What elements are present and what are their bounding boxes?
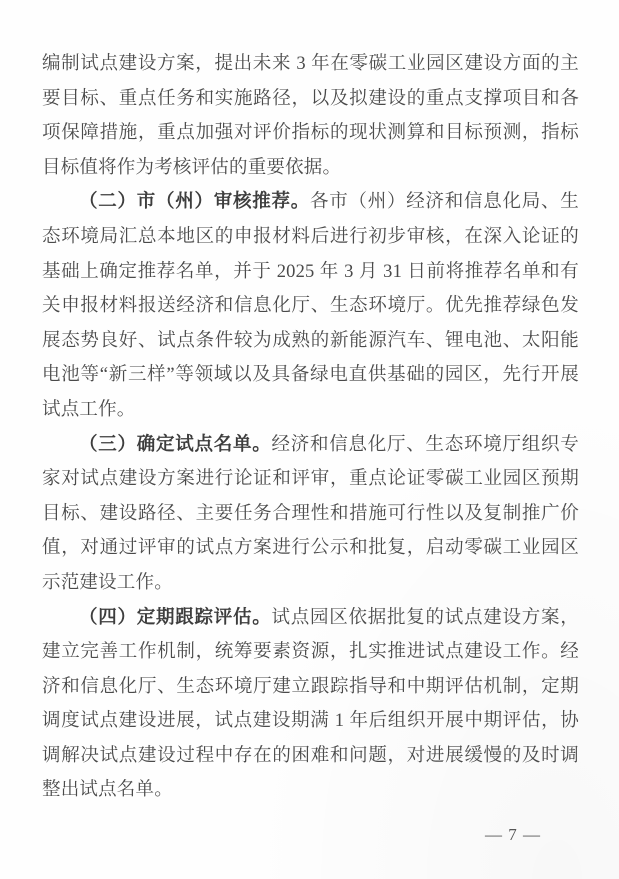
text-line: 试点工作。 (42, 393, 579, 428)
body-text: 整出试点名单。 (42, 780, 173, 800)
body-text: 家对试点建设方案进行论证和评审，重点论证零碳工业园区预期 (42, 469, 579, 489)
text-line: 值，对通过评审的试点方案进行公示和批复，启动零碳工业园区 (42, 531, 579, 566)
text-line: 目标值将作为考核评估的重要依据。 (42, 151, 579, 186)
body-text: 电池等“新三样”等领域以及具备绿电直供基础的园区，先行开展 (42, 365, 579, 385)
body-text: 建立完善工作机制，统筹要素资源，扎实推进试点建设工作。经 (42, 642, 579, 662)
document-body: 编制试点建设方案，提出未来 3 年在零碳工业园区建设方面的主要目标、重点任务和实… (42, 47, 579, 808)
text-line: 建立完善工作机制，统筹要素资源，扎实推进试点建设工作。经 (42, 635, 579, 670)
body-text: 编制试点建设方案，提出未来 3 年在零碳工业园区建设方面的主 (42, 54, 579, 74)
text-line: 电池等“新三样”等领域以及具备绿电直供基础的园区，先行开展 (42, 358, 579, 393)
text-line: （二）市（州）审核推荐。各市（州）经济和信息化局、生 (42, 185, 579, 220)
text-line: 整出试点名单。 (42, 773, 579, 808)
text-line: 展态势良好、试点条件较为成熟的新能源汽车、锂电池、太阳能 (42, 324, 579, 359)
body-text: 试点工作。 (42, 400, 136, 420)
body-text: 目标、建设路径、主要任务合理性和措施可行性以及复制推广价 (42, 504, 579, 524)
body-text: 关申报材料报送经济和信息化厅、生态环境厅。优先推荐绿色发 (42, 296, 579, 316)
body-text: 展态势良好、试点条件较为成熟的新能源汽车、锂电池、太阳能 (42, 331, 579, 351)
body-text: 目标值将作为考核评估的重要依据。 (42, 158, 341, 178)
text-line: 调度试点建设进展，试点建设期满 1 年后组织开展中期评估，协 (42, 704, 579, 739)
text-line: 目标、建设路径、主要任务合理性和措施可行性以及复制推广价 (42, 497, 579, 532)
text-line: 调解决试点建设过程中存在的困难和问题，对进展缓慢的及时调 (42, 739, 579, 774)
text-line: 要目标、重点任务和实施路径，以及拟建设的重点支撑项目和各 (42, 82, 579, 117)
body-text: 济和信息化厅、生态环境厅建立跟踪指导和中期评估机制，定期 (42, 677, 579, 697)
text-line: 家对试点建设方案进行论证和评审，重点论证零碳工业园区预期 (42, 462, 579, 497)
body-text: 调解决试点建设过程中存在的困难和问题，对进展缓慢的及时调 (42, 746, 579, 766)
body-text: 值，对通过评审的试点方案进行公示和批复，启动零碳工业园区 (42, 538, 579, 558)
section-heading: （四）定期跟踪评估。 (79, 608, 272, 628)
text-line: 项保障措施，重点加强对评价指标的现状测算和目标预测，指标 (42, 116, 579, 151)
section-heading: （三）确定试点名单。 (79, 435, 272, 455)
text-line: 基础上确定推荐名单，并于 2025 年 3 月 31 日前将推荐名单和有 (42, 255, 579, 290)
body-text: 项保障措施，重点加强对评价指标的现状测算和目标预测，指标 (42, 123, 579, 143)
body-text: 要目标、重点任务和实施路径，以及拟建设的重点支撑项目和各 (42, 89, 579, 109)
text-line: 编制试点建设方案，提出未来 3 年在零碳工业园区建设方面的主 (42, 47, 579, 82)
body-text: 调度试点建设进展，试点建设期满 1 年后组织开展中期评估，协 (42, 711, 579, 731)
text-line: 济和信息化厅、生态环境厅建立跟踪指导和中期评估机制，定期 (42, 670, 579, 705)
body-text: 试点园区依据批复的试点建设方案， (272, 608, 579, 628)
page-footer: — 7 — (485, 824, 541, 846)
section-heading: （二）市（州）审核推荐。 (79, 192, 310, 212)
body-text: 示范建设工作。 (42, 573, 173, 593)
page-number: — 7 — (485, 825, 541, 844)
body-text: 各市（州）经济和信息化局、生 (310, 192, 579, 212)
text-line: 关申报材料报送经济和信息化厅、生态环境厅。优先推荐绿色发 (42, 289, 579, 324)
text-line: 态环境局汇总本地区的申报材料后进行初步审核，在深入论证的 (42, 220, 579, 255)
body-text: 基础上确定推荐名单，并于 2025 年 3 月 31 日前将推荐名单和有 (42, 262, 579, 282)
document-page: 编制试点建设方案，提出未来 3 年在零碳工业园区建设方面的主要目标、重点任务和实… (0, 0, 619, 879)
body-text: 经济和信息化厅、生态环境厅组织专 (272, 435, 579, 455)
text-line: 示范建设工作。 (42, 566, 579, 601)
body-text: 态环境局汇总本地区的申报材料后进行初步审核，在深入论证的 (42, 227, 579, 247)
text-line: （四）定期跟踪评估。试点园区依据批复的试点建设方案， (42, 601, 579, 636)
text-line: （三）确定试点名单。经济和信息化厅、生态环境厅组织专 (42, 428, 579, 463)
